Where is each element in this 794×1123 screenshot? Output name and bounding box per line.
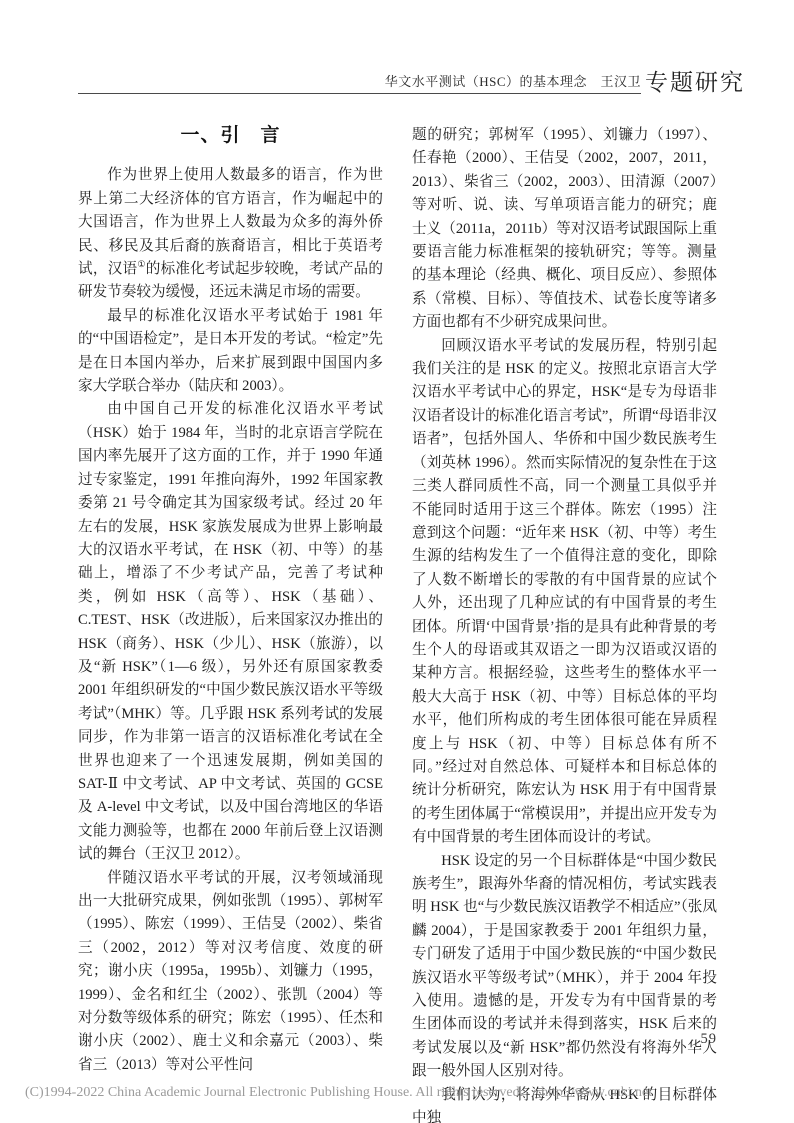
paragraph-jlpt-history: 最早的标准化汉语水平考试始于 1981 年的“中国语检定”，是日本开发的考试。“…	[78, 305, 383, 399]
section-title: 一、引 言	[78, 124, 383, 147]
page-number: 59	[412, 1031, 717, 1048]
footnote-marker: ①	[137, 259, 145, 269]
paragraph-research-overview-continued: 题的研究；郭树军（1995）、刘镰力（1997）、任春艳（2000）、王佶旻（2…	[412, 124, 717, 335]
paragraph-research-overview: 伴随汉语水平考试的开展，汉考领域涌现出一大批研究成果，例如张凯（1995）、郭树…	[78, 867, 383, 1078]
running-title: 华文水平测试（HSC）的基本理念 王汉卫	[385, 71, 641, 90]
cnki-url: http://www.cnki.net	[541, 1085, 652, 1100]
journal-page: 华文水平测试（HSC）的基本理念 王汉卫 专题研究 一、引 言 作为世界上使用人…	[0, 0, 794, 1123]
paragraph-hsk-definition: 回顾汉语水平考试的发展历程，特别引起我们关注的是 HSK 的定义。按照北京语言大…	[412, 335, 717, 850]
paragraph-hsk-history: 由中国自己开发的标准化汉语水平考试（HSK）始于 1984 年，当时的北京语言学…	[78, 398, 383, 866]
left-column: 一、引 言 作为世界上使用人数最多的语言，作为世界上第二大经济体的官方语言，作为…	[78, 124, 383, 1077]
footer-copyright: (C)1994-2022 China Academic Journal Elec…	[25, 1085, 785, 1101]
section-label: 专题研究	[645, 64, 745, 97]
paragraph-minority-target: HSK 设定的另一个目标群体是“中国少数民族考生”，跟海外华裔的情况相仿，考试实…	[412, 850, 717, 1084]
header-rule	[78, 93, 641, 94]
right-column: 题的研究；郭树军（1995）、刘镰力（1997）、任春艳（2000）、王佶旻（2…	[412, 124, 717, 1123]
intro-paragraph: 作为世界上使用人数最多的语言，作为世界上第二大经济体的官方语言，作为崛起中的大国…	[78, 164, 383, 304]
copyright-text: (C)1994-2022 China Academic Journal Elec…	[25, 1085, 523, 1100]
